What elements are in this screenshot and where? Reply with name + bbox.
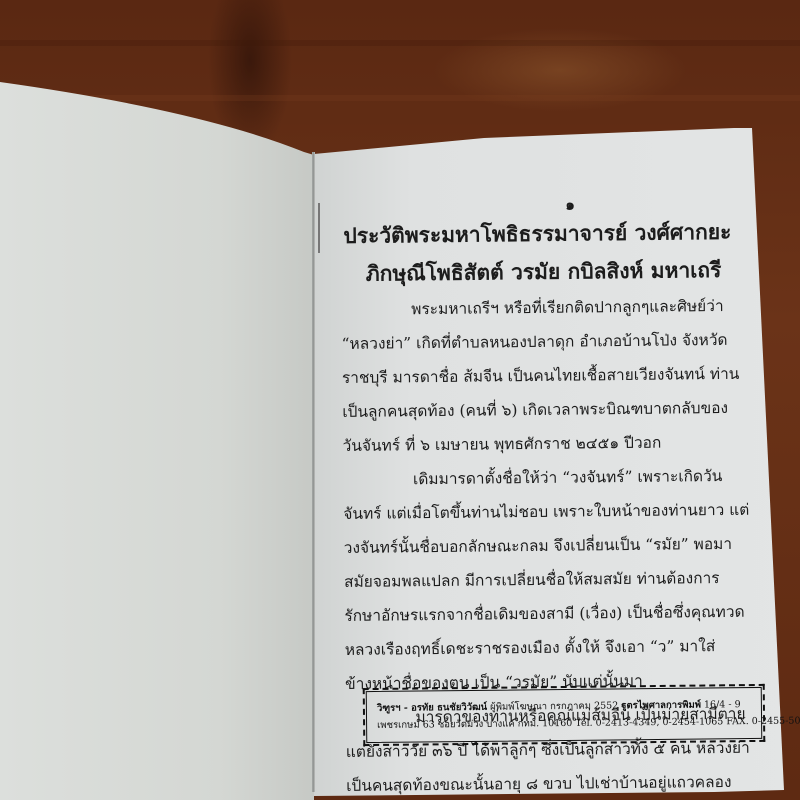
printer-imprint-box: วิฑูรฯ - อรทัย ธนชัยวิวัฒน์ ผู้พิมพ์โฆษณ…: [363, 684, 766, 746]
margin-mark: [318, 203, 320, 253]
imprint-date: ผู้พิมพ์โฆษณา กรกฎาคม 2552: [487, 700, 621, 712]
imprint-line-2: เพชรเกษม 63 ซอยวัดม่วง บางแค กทม. 10160 …: [377, 713, 755, 734]
imprint-printer: ฐูตรไพศาลการพิมพ์: [621, 700, 701, 712]
body-line: เป็นลูกคนสุดท้อง (คนที่ ๖) เกิดเวลาพระบิ…: [342, 390, 782, 429]
body-line: วงจันทร์นั้นชื่อบอกลักษณะกลม จึงเปลี่ยนเ…: [344, 526, 784, 565]
wood-grain: [0, 40, 800, 46]
imprint-publisher: วิฑูรฯ - อรทัย ธนชัยวิวัฒน์: [377, 702, 487, 714]
imprint-address-no: 16/4 - 9: [701, 699, 741, 710]
body-line: ราชบุรี มารดาชื่อ ส้มจีน เป็นคนไทยเชื้อส…: [342, 356, 782, 395]
left-page-blank: [0, 0, 314, 800]
body-line: รักษาอักษรแรกจากชื่อเดิมของสามี (เวื่อง)…: [344, 594, 784, 633]
book-spine: [312, 152, 315, 792]
body-line: จันทร์ แต่เมื่อโตขึ้นท่านไม่ชอบ เพราะใบห…: [343, 492, 783, 531]
body-line: หลวงเรืองฤทธิ์เดชะราชรองเมือง ตั้งให้ จึ…: [345, 628, 785, 667]
body-line: “หลวงย่า” เกิดที่ตำบลหนองปลาดุก อำเภอบ้า…: [341, 322, 781, 361]
body-line: พระมหาเถรีฯ หรือที่เรียกติดปากลูกๆและศิษ…: [341, 288, 781, 327]
body-line: เดิมมารดาตั้งชื่อให้ว่า “วงจันทร์” เพราะ…: [343, 458, 783, 497]
body-line: เป็นคนสุดท้องขณะนั้นอายุ ๘ ขวบ ไปเช่าบ้า…: [346, 764, 786, 800]
body-line: สมัยจอมพลแปลก มีการเปลี่ยนชื่อให้สมสมัย …: [344, 560, 784, 599]
wood-grain: [0, 95, 800, 101]
title-line-2: ภิกษุณีโพธิสัตต์ วรมัย กบิลสิงห์ มหาเถรี: [366, 250, 781, 292]
body-line: วันจันทร์ ที่ ๖ เมษายน พุทธศักราช ๒๔๕๑ ป…: [342, 424, 782, 463]
title-line-1: ประวัติพระมหาโพธิธรรมาจารย์ วงศ์ศากยะ: [343, 212, 780, 255]
